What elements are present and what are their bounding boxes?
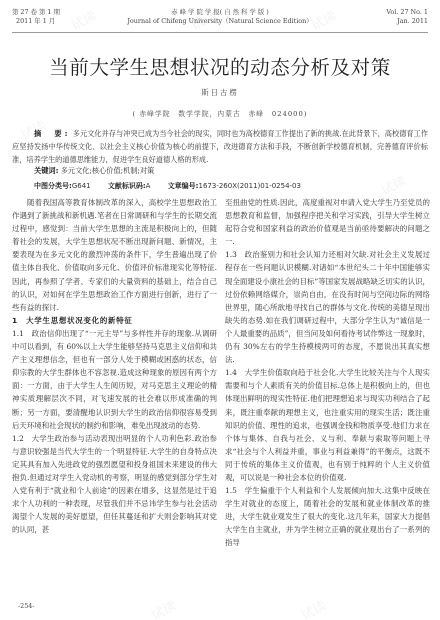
article-no-label: 文章编号: <box>168 182 199 190</box>
article-author: 斯日古楞 <box>0 87 440 98</box>
classification-line: 中图分类号:G641 文献标识码:A 文章编号:1673-260X(2011)0… <box>34 181 301 191</box>
abstract-text: 多元文化并存与冲突已成为当今社会的现实，同时也为高校德育工作提出了新的挑战.在此… <box>12 129 428 164</box>
running-header: 第 27 卷 第 1 期 2011 年 1 月 赤 峰 学 院 学 报( 自 然… <box>12 8 428 30</box>
watermark-text: 试读 <box>297 595 329 620</box>
doc-code-label: 文献标识码: <box>108 182 146 190</box>
subsection-1-2: 1.2 大学生政治参与活动表现出明显的个人功利色彩.政治参与意识较强是当代大学生… <box>12 432 217 537</box>
date-en: Jan. 2011 <box>386 17 428 26</box>
journal-name-en: Journal of Chifeng University（Natural Sc… <box>12 17 428 26</box>
author-affiliation: ( 赤峰学院 数学学院，内蒙古 赤峰 024000) <box>0 108 440 118</box>
header-center: 赤 峰 学 院 学 报( 自 然 科 学 版 ) Journal of Chif… <box>12 8 428 26</box>
article-no-value: 1673-260X(2011)01-0254-03 <box>199 182 301 190</box>
subsection-1-3: 1.3 政治鉴别力和社会认知力还相对欠缺.对社会主义发展过程存在一些问题认识模糊… <box>225 248 430 366</box>
volume-en: Vol. 27 No. 1 <box>386 8 428 17</box>
abstract-label: 摘 要: <box>34 129 70 138</box>
abstract: 摘 要: 多元文化并存与冲突已成为当今社会的现实，同时也为高校德育工作提出了新的… <box>12 127 428 166</box>
continued-paragraph: 至扭曲党的性质.因此，高度重视对申请入党大学生乃至党员的思想教育和监督，加强程序… <box>225 196 430 248</box>
intro-paragraph: 随着我国高等教育体制改革的深入，高校学生思想政治工作遇到了新挑战和新机遇.笔者在… <box>12 196 217 314</box>
subsection-1-4: 1.4 大学生价值取向趋于社会化.大学生比较关注与个人现实需要和与个人素质有关的… <box>225 366 430 484</box>
header-right: Vol. 27 No. 1 Jan. 2011 <box>386 8 428 26</box>
keywords: 关键词: 多元文化;核心价值;机制;对策 <box>34 166 154 176</box>
subsection-1-5: 1.5 学生偏重于个人利益和个人发展倾向加大.这集中反映在学生对就业的态度上，随… <box>225 484 430 549</box>
journal-name-cn: 赤 峰 学 院 学 报( 自 然 科 学 版 ) <box>12 8 428 17</box>
page-number: -254- <box>18 602 35 610</box>
keywords-label: 关键词: <box>34 166 58 175</box>
clc-value: G641 <box>72 182 91 190</box>
clc-label: 中图分类号: <box>34 182 72 190</box>
body-column-right: 至扭曲党的性质.因此，高度重视对申请入党大学生乃至党员的思想教育和监督，加强程序… <box>225 196 430 550</box>
keywords-text: 多元文化;核心价值;机制;对策 <box>61 166 155 175</box>
doc-code-value: A <box>146 182 151 190</box>
watermark-text: 试读 <box>147 595 179 620</box>
journal-page: 试读 试读 试读 试读 试读 试读 试读 第 27 卷 第 1 期 2011 年… <box>0 0 440 620</box>
body-column-left: 随着我国高等教育体制改革的深入，高校学生思想政治工作遇到了新挑战和新机遇.笔者在… <box>12 196 217 536</box>
subsection-1-1: 1.1 政治信仰出现了“一元主导”与多样性并存的现象.从调研中可以看到，有 60… <box>12 327 217 432</box>
article-title: 当前大学生思想状况的动态分析及对策 <box>0 52 440 80</box>
watermark-text: 试读 <box>377 170 409 199</box>
header-rule <box>12 32 428 33</box>
section-heading-1: 1 大学生思想状况变化的新特征 <box>12 314 217 327</box>
